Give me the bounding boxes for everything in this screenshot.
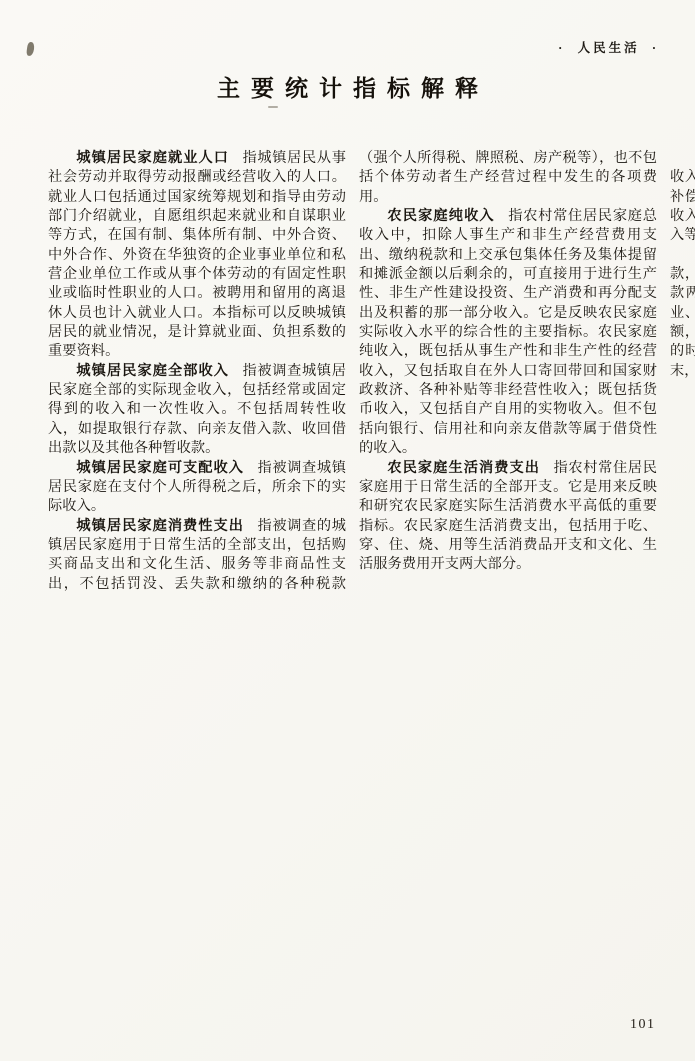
term-label: 城镇居民家庭可支配收入 [76,460,244,476]
definition-entry: 转移性收入居民的非劳动性收入和他人收入的转移。一是包括各种意外事故中得到的补偿，… [670,149,695,246]
definition-entry: 农民家庭纯收入指农村常住居民家庭总收入中，扣除人事生产和非生产经营费用支出、缴纳… [359,207,657,458]
term-label: 城镇居民家庭消费性支出 [76,518,244,534]
scan-smudge [26,42,35,57]
term-label: 城镇居民家庭就业人口 [76,150,229,166]
definition-text: 指城镇居民从事社会劳动并取得劳动报酬或经营收入的人口。就业人口包括通过国家统筹规… [48,150,346,359]
definition-columns: 城镇居民家庭就业人口指城镇居民从事社会劳动并取得劳动报酬或经营收入的人口。就业人… [48,149,657,597]
scan-speck [268,106,278,108]
term-label: 农民家庭纯收入 [387,208,494,224]
definition-text: 指农村常住居民家庭用于日常生活的全部开支。它是用来反映和研究农民家庭实际生活消费… [359,460,657,573]
definition-text: 居民的非劳动性收入和他人收入的转移。一是包括各种意外事故中得到的补偿，各种灾害得… [670,150,695,243]
definition-text: 城乡居民储蓄存款，包括城镇居民储蓄存款和农民个人储蓄存款两部分。不包括居民的手存… [670,247,695,379]
definition-entry: 农民家庭生活消费支出指农村常住居民家庭用于日常生活的全部开支。它是用来反映和研究… [359,459,657,575]
page-number: 101 [630,1017,656,1033]
definition-entry: 城镇居民家庭全部收入指被调查城镇居民家庭全部的实际现金收入，包括经常或固定得到的… [48,362,346,459]
definition-entry: 城乡居民储蓄存款余额城乡居民储蓄存款，包括城镇居民储蓄存款和农民个人储蓄存款两部… [670,246,695,381]
term-label: 农民家庭生活消费支出 [387,460,540,476]
definition-text: 指农村常住居民家庭总收入中，扣除人事生产和非生产经营费用支出、缴纳税款和上交承包… [359,208,657,456]
section-header: · 人民生活 · [558,38,659,56]
term-label: 城镇居民家庭全部收入 [76,363,229,379]
page-title: 主要统计指标解释 [0,70,695,103]
definition-entry: 城镇居民家庭可支配收入指被调查城镇居民家庭在支付个人所得税之后，所余下的实际收入… [48,459,346,517]
definition-entry: 城镇居民家庭就业人口指城镇居民从事社会劳动并取得劳动报酬或经营收入的人口。就业人… [48,149,346,362]
